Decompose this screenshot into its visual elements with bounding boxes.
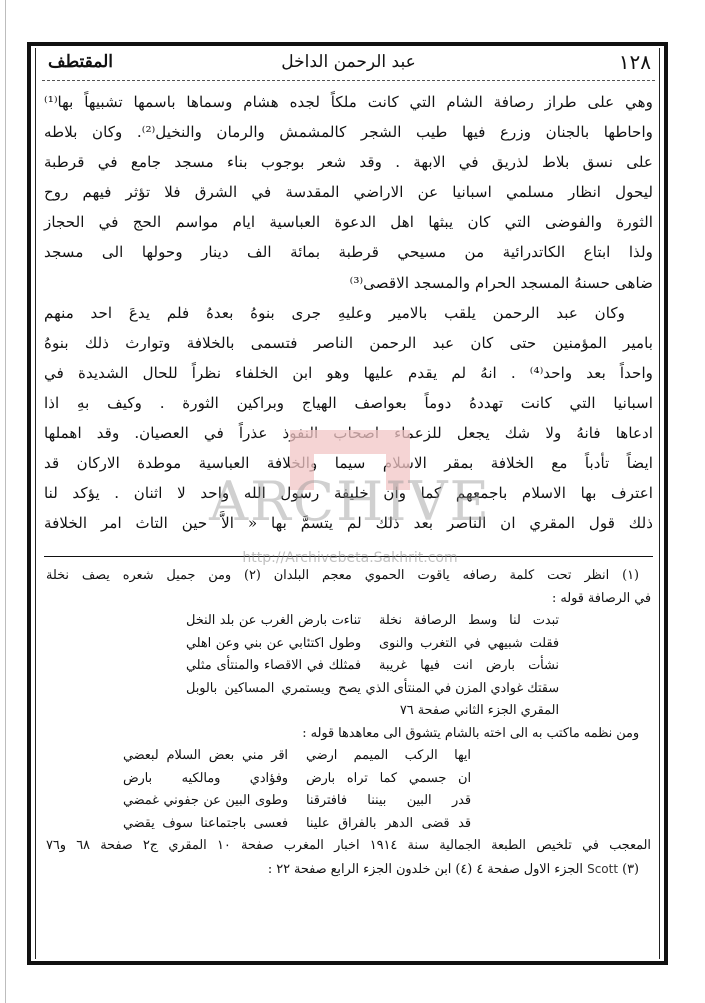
footnote-reference: الجزء الاول صفحة ٤ (٤) ابن خلدون الجزء ا… <box>268 862 583 877</box>
verse-second-hemistich: يصح ويستمري المساكين بالوبل <box>186 678 361 701</box>
poem-verse: تبدت لنا وسط الرصافة نخلة تناءت بارض الغ… <box>46 610 651 633</box>
verse-second-hemistich: وفؤادي ومالكيه بارض <box>123 768 288 791</box>
poem-verse: ايها الركب الميمم ارضي اقر مني بعض السلا… <box>46 745 651 768</box>
journal-name: المقتطف <box>48 52 113 72</box>
text-line: واحداً بعد واحد⁽⁴⁾ . انهُ لم يقدم عليها … <box>44 358 653 388</box>
footnote-final-line: (٣) Scott الجزء الاول صفحة ٤ (٤) ابن خلد… <box>46 858 651 882</box>
poem-verse: فقلت شبيهي في التغرب والنوى وطول اكتئابي… <box>46 633 651 656</box>
verse-second-hemistich: وطول اكتئابي عن بني وعن اهلي <box>186 633 361 656</box>
verse-second-hemistich: تناءت بارض الغرب عن بلد النخل <box>186 610 361 633</box>
text-line: ولذا ابتاع الكاتدرائية من مسيحي قرطبة بم… <box>44 237 653 267</box>
verse-second-hemistich: اقر مني بعض السلام لبعضي <box>123 745 288 768</box>
text-line: ذلك قول المقري ان الناصر بعد ذلك لم يتسم… <box>44 508 653 538</box>
poem-verse: نشأت بارض انت فيها غريبة فمثلك في الاقصا… <box>46 655 651 678</box>
footnote-sources: المعجب في تلخيص الطبعة الجمالية سنة ١٩١٤… <box>46 835 651 858</box>
text-line: الثورة والفوضى التي كان يبثها اهل الدعوة… <box>44 207 653 237</box>
footnote-line: في الرصافة قوله : <box>46 588 651 611</box>
poem-verse: قد قضى الدهر بالفراق علينا فعسى باجتماعن… <box>46 813 651 836</box>
verse-first-hemistich: سقتك غوادي المزن في المنتأى الذي <box>379 678 559 701</box>
verse-second-hemistich: فمثلك في الاقصاء والمنتأى مثلي <box>186 655 361 678</box>
text-line: على نسق بلاط لذريق في الابهة . وقد شعر ب… <box>44 147 653 177</box>
text-line: ليحول انظار مسلمي اسبانيا عن الاراضي الم… <box>44 177 653 207</box>
poem-source: المقري الجزء الثاني صفحة ٧٦ <box>46 700 651 723</box>
text-line: بامير المؤمنين حتى كان عبد الرحمن الناصر… <box>44 328 653 358</box>
footnote-line: ومن نظمه ماكتب به الى اخته بالشام يتشوق … <box>46 723 651 746</box>
text-line: ضاهى حسنهُ المسجد الحرام والمسجد الاقصى⁽… <box>44 268 653 298</box>
verse-first-hemistich: نشأت بارض انت فيها غريبة <box>379 655 559 678</box>
text-line: ادعاها فانهُ ولا شك يجعل للزعماء اصحاب ا… <box>44 418 653 448</box>
footnote-marker: (٣) <box>622 862 639 877</box>
verse-first-hemistich: ان جسمي كما تراه بارض <box>306 768 471 791</box>
page-content: ١٢٨ عبد الرحمن الداخل المقتطف وهي على طر… <box>40 48 657 881</box>
article-title: عبد الرحمن الداخل <box>42 52 655 72</box>
main-text: وهي على طراز رصافة الشام التي كانت ملكاً… <box>40 87 657 538</box>
poem-verse: سقتك غوادي المزن في المنتأى الذي يصح ويس… <box>46 678 651 701</box>
verse-first-hemistich: تبدت لنا وسط الرصافة نخلة <box>379 610 559 633</box>
text-line: اعترف بها الاسلام باجمعهم كما وان خليفة … <box>44 478 653 508</box>
verse-second-hemistich: فعسى باجتماعنا سوف يقضي <box>123 813 288 836</box>
verse-first-hemistich: ايها الركب الميمم ارضي <box>306 745 471 768</box>
text-line: وكان عبد الرحمن يلقب بالامير وعليهِ جرى … <box>44 298 653 328</box>
verse-first-hemistich: قد قضى الدهر بالفراق علينا <box>306 813 471 836</box>
footnote-separator <box>44 556 653 557</box>
scan-left-edge <box>0 0 6 1003</box>
poem-verse: ان جسمي كما تراه بارض وفؤادي ومالكيه بار… <box>46 768 651 791</box>
footnote-latin-author: Scott <box>587 862 618 876</box>
text-line: واحاطها بالجنان وزرع فيها طيب الشجر كالم… <box>44 117 653 147</box>
text-line: اسبانيا التي كانت تهددهُ دوماً بعواصف ال… <box>44 388 653 418</box>
text-line: وهي على طراز رصافة الشام التي كانت ملكاً… <box>44 87 653 117</box>
verse-first-hemistich: قدر البين بيننا فافترقنا <box>306 790 471 813</box>
text-line: ايضاً تأدباً مع الخلافة بمقر الاسلام سيم… <box>44 448 653 478</box>
poem-verse: قدر البين بيننا فافترقنا وطوى البين عن ج… <box>46 790 651 813</box>
footnotes: (١) انظر تحت كلمة رصافه ياقوت الحموي معج… <box>40 565 657 881</box>
footnote-line: (١) انظر تحت كلمة رصافه ياقوت الحموي معج… <box>46 565 651 588</box>
verse-first-hemistich: فقلت شبيهي في التغرب والنوى <box>379 633 559 656</box>
running-header: ١٢٨ عبد الرحمن الداخل المقتطف <box>42 48 655 81</box>
verse-second-hemistich: وطوى البين عن جفوني غمضي <box>123 790 288 813</box>
